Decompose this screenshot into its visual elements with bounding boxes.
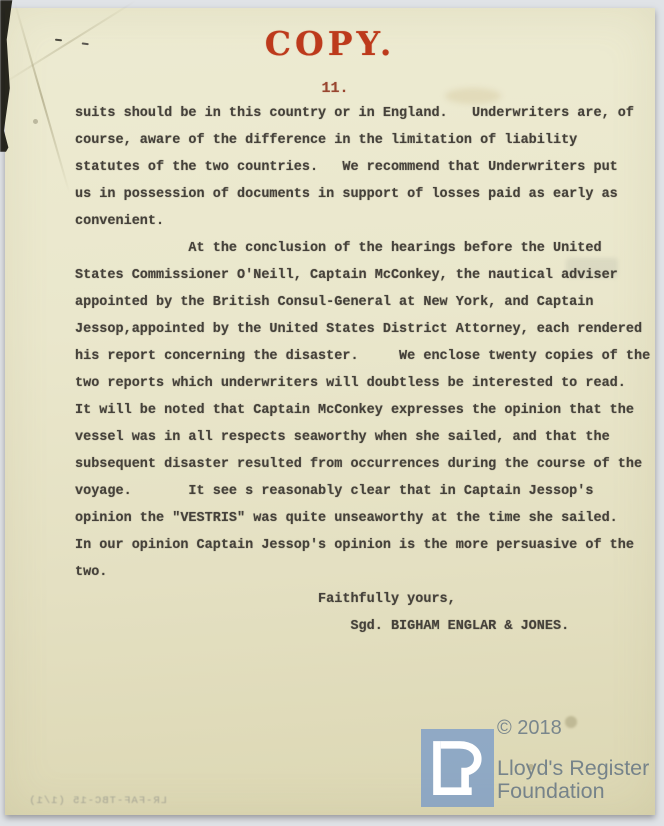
page-number: 11. (5, 80, 664, 97)
letter-line: opinion the "VESTRIS" was quite unseawor… (75, 505, 650, 532)
lloyds-register-logo (421, 729, 494, 807)
watermark-org-line2: Foundation (497, 780, 649, 803)
letter-line: suits should be in this country or in En… (75, 100, 650, 127)
letter-line: us in possession of documents in support… (75, 181, 650, 208)
letter-line: Faithfully yours, (75, 586, 650, 613)
letter-line: subsequent disaster resulted from occurr… (75, 451, 650, 478)
letter-line: States Commissioner O'Neill, Captain McC… (75, 262, 650, 289)
letter-body: suits should be in this country or in En… (75, 100, 650, 640)
letter-line: Sgd. BIGHAM ENGLAR & JONES. (75, 613, 650, 640)
paper-stain (33, 119, 38, 124)
watermark-org-line1: Lloyd's Register (497, 757, 649, 780)
letter-line: At the conclusion of the hearings before… (75, 235, 650, 262)
letter-line: convenient. (75, 208, 650, 235)
letter-line: It will be noted that Captain McConkey e… (75, 397, 650, 424)
letter-line: appointed by the British Consul-General … (75, 289, 650, 316)
watermark-organization: Lloyd's Register Foundation (497, 757, 649, 802)
lr-monogram-icon (421, 729, 494, 807)
scanned-document-page: COPY. 11. suits should be in this countr… (0, 0, 664, 826)
letter-line: voyage. It see s reasonably clear that i… (75, 478, 650, 505)
letter-line: his report concerning the disaster. We e… (75, 343, 650, 370)
copy-stamp: COPY. (5, 24, 655, 63)
letter-line: two. (75, 559, 650, 586)
letter-line: Jessop,appointed by the United States Di… (75, 316, 650, 343)
paper-stain (565, 716, 577, 728)
letter-line: statutes of the two countries. We recomm… (75, 154, 650, 181)
letter-line: vessel was in all respects seaworthy whe… (75, 424, 650, 451)
letter-line: two reports which underwriters will doub… (75, 370, 650, 397)
letter-line: course, aware of the difference in the l… (75, 127, 650, 154)
letter-line: In our opinion Captain Jessop's opinion … (75, 532, 650, 559)
verso-showthrough-text: LR-FAF-TBC-15 (1/1) (33, 795, 167, 807)
watermark-copyright: © 2018 (497, 717, 562, 740)
